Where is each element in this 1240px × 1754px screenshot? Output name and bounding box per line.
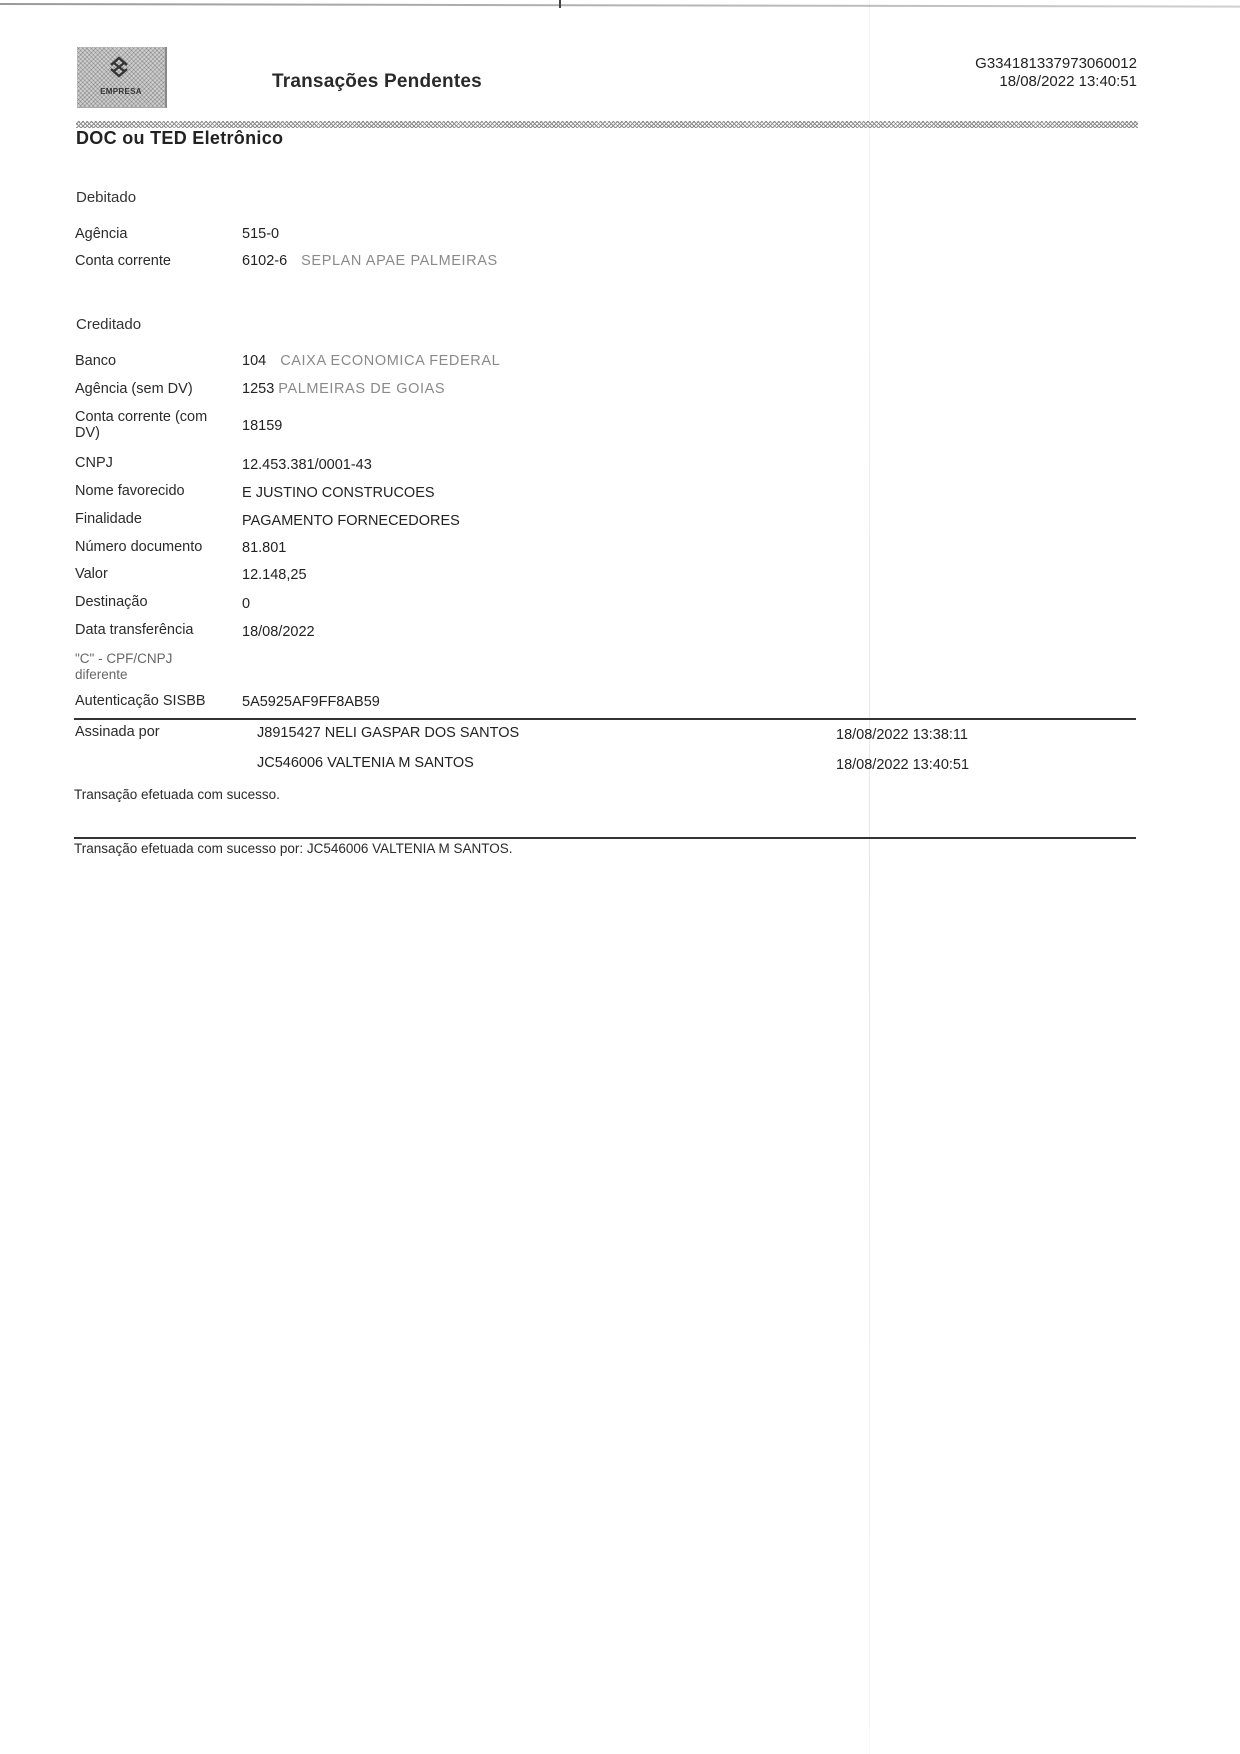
- bank-logo-icon: [107, 55, 131, 79]
- bank-code: 104: [242, 353, 266, 369]
- scan-fold-line: [869, 0, 870, 1754]
- logo-caption: EMPRESA: [77, 87, 165, 96]
- scan-edge-line: [0, 3, 1240, 8]
- account-holder: SEPLAN APAE PALMEIRAS: [301, 253, 498, 269]
- field-value-banco: 104CAIXA ECONOMICA FEDERAL: [242, 353, 500, 369]
- field-label-cpf-cnpj-diferente: "C" - CPF/CNPJ diferente: [75, 651, 205, 683]
- footer-divider: [74, 837, 1136, 839]
- field-label-valor: Valor: [75, 566, 225, 582]
- field-value-cnpj: 12.453.381/0001-43: [242, 457, 372, 473]
- field-label-agencia: Agência: [75, 226, 225, 242]
- field-value-autenticacao: 5A5925AF9FF8AB59: [242, 694, 380, 710]
- field-label-conta-com-dv: Conta corrente (com DV): [75, 409, 225, 441]
- field-value-agencia-sem-dv: 1253PALMEIRAS DE GOIAS: [242, 381, 445, 397]
- bank-logo: EMPRESA: [77, 47, 167, 108]
- conta-number: 6102-6: [242, 253, 287, 269]
- signature-divider: [74, 718, 1136, 720]
- section-title: DOC ou TED Eletrônico: [76, 128, 283, 149]
- status-message: Transação efetuada com sucesso.: [74, 787, 280, 802]
- debit-group-label: Debitado: [76, 189, 136, 206]
- field-value-nome-favorecido: E JUSTINO CONSTRUCOES: [242, 485, 435, 501]
- field-value-finalidade: PAGAMENTO FORNECEDORES: [242, 513, 460, 529]
- page-title: Transações Pendentes: [272, 71, 482, 93]
- field-value-destinacao: 0: [242, 596, 250, 612]
- field-value-conta-corrente: 6102-6SEPLAN APAE PALMEIRAS: [242, 253, 498, 269]
- field-label-banco: Banco: [75, 353, 225, 369]
- field-label-finalidade: Finalidade: [75, 511, 225, 527]
- agencia-number: 515-0: [242, 226, 279, 242]
- field-label-destinacao: Destinação: [75, 594, 225, 610]
- field-label-conta-corrente: Conta corrente: [75, 253, 225, 269]
- field-label-nome-favorecido: Nome favorecido: [75, 483, 225, 499]
- signer-name: J8915427 NELI GASPAR DOS SANTOS: [257, 725, 519, 741]
- header-divider: [76, 121, 1138, 128]
- branch-code: 1253: [242, 381, 274, 397]
- field-label-cnpj: CNPJ: [75, 455, 225, 471]
- footer-status: Transação efetuada com sucesso por: JC54…: [74, 841, 512, 856]
- scan-edge-mark: [559, 0, 561, 8]
- signer-time: 18/08/2022 13:40:51: [836, 757, 969, 773]
- field-label-agencia-sem-dv: Agência (sem DV): [75, 381, 225, 397]
- signed-by-label: Assinada por: [75, 724, 225, 740]
- bank-name: CAIXA ECONOMICA FEDERAL: [280, 353, 500, 369]
- field-value-valor: 12.148,25: [242, 567, 307, 583]
- document-id: G334181337973060012: [975, 55, 1137, 73]
- field-value-numero-documento: 81.801: [242, 540, 286, 556]
- branch-name: PALMEIRAS DE GOIAS: [278, 381, 445, 397]
- credit-group-label: Creditado: [76, 316, 141, 333]
- field-value-agencia: 515-0: [242, 226, 279, 242]
- field-value-conta-com-dv: 18159: [242, 418, 282, 434]
- signer-name: JC546006 VALTENIA M SANTOS: [257, 755, 474, 771]
- field-label-numero-documento: Número documento: [75, 539, 225, 555]
- signer-time: 18/08/2022 13:38:11: [836, 727, 968, 743]
- document-timestamp: 18/08/2022 13:40:51: [975, 73, 1137, 91]
- field-value-data-transferencia: 18/08/2022: [242, 624, 315, 640]
- field-label-data-transferencia: Data transferência: [75, 622, 225, 638]
- document-reference: G334181337973060012 18/08/2022 13:40:51: [975, 55, 1137, 91]
- field-label-autenticacao: Autenticação SISBB: [75, 693, 225, 709]
